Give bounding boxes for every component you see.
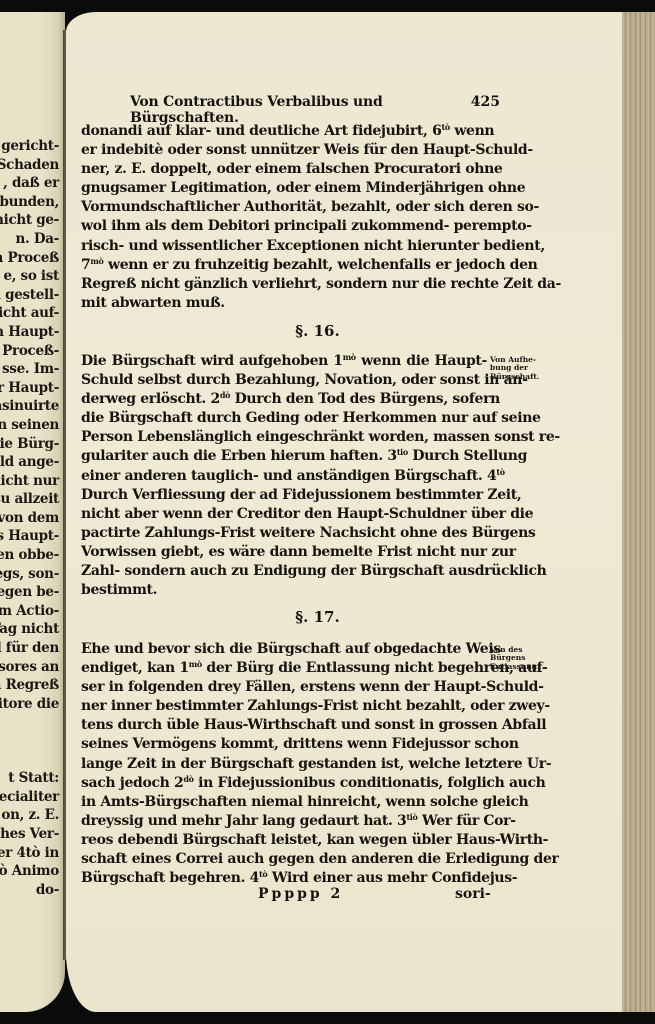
left-page-line: in seinen: [0, 416, 59, 435]
left-page-line: n. Da-: [0, 230, 59, 249]
text-line: ner inner bestimmter Zahlungs-Frist nich…: [81, 697, 487, 716]
left-page-line: wegen be-: [0, 583, 59, 602]
text-line: derweg erlöscht. 2dò Durch den Tod des B…: [81, 390, 487, 409]
text-line: Ehe und bevor sich die Bürgschaft auf ob…: [81, 640, 487, 659]
left-page-line: , daß er: [0, 174, 59, 193]
left-page-line: regs, son-: [0, 565, 59, 584]
left-page-line: sse. Im-: [0, 360, 59, 379]
text-line: Vormundschaftlicher Authorität, bezahlt,…: [81, 198, 487, 217]
text-line: mit abwarten muß.: [81, 294, 487, 313]
text-line: Zahl- sondern auch zu Endigung der Bürgs…: [81, 562, 487, 581]
left-page-line: r Haupt-: [0, 379, 59, 398]
left-page-line: Specialiter: [0, 788, 59, 807]
left-page-line: insinuirte: [0, 397, 59, 416]
book-scan: uf gericht-Schaden, daß errbunden,nicht …: [0, 0, 655, 1024]
text-line: schaft eines Correi auch gegen den ander…: [81, 850, 487, 869]
text-line: einer anderen tauglich- und anständigen …: [81, 467, 487, 486]
left-page-line: egen obbe-: [0, 546, 59, 565]
left-page-line: von dem: [0, 509, 59, 528]
text-line: Person Lebenslänglich eingeschränkt word…: [81, 428, 487, 447]
left-page-line: die Bürg-: [0, 435, 59, 454]
text-line: 7mò wenn er zu fruhzeitig bezahlt, welch…: [81, 256, 487, 275]
text-line: Die Bürgschaft wird aufgehoben 1mò wenn …: [81, 352, 487, 371]
left-page-line: ditore die: [0, 695, 59, 714]
left-page-line: rbunden,: [0, 193, 59, 212]
left-page-line: [0, 713, 59, 732]
catchword: sori-: [455, 886, 491, 902]
text-line: Vorwissen giebt, es wäre dann bemelte Fr…: [81, 543, 487, 562]
text-line: er indebitè oder sonst unnützer Weis für…: [81, 141, 487, 160]
text-line: endiget, kan 1mò der Bürg die Entlassung…: [81, 659, 487, 678]
left-page-line: tò Animo: [0, 862, 59, 881]
left-page: uf gericht-Schaden, daß errbunden,nicht …: [0, 12, 65, 1012]
text-line: wol ihm als dem Debitori principali zuko…: [81, 217, 487, 236]
text-line: sach jedoch 2dò in Fidejussionibus condi…: [81, 774, 487, 793]
page-edges: [622, 12, 655, 1012]
text-line: risch- und wissentlicher Exceptionen nic…: [81, 237, 487, 256]
margin-note-line: Entlassung.: [490, 663, 550, 671]
section-16-body: Die Bürgschaft wird aufgehoben 1mò wenn …: [81, 352, 487, 600]
left-page-line: n Regreß: [0, 676, 59, 695]
text-line: ner, z. E. doppelt, oder einem falschen …: [81, 160, 487, 179]
left-page-line: der 4tò in: [0, 844, 59, 863]
text-line: gnugsamer Legitimation, oder einem Minde…: [81, 179, 487, 198]
paragraph-intro: donandi auf klar- und deutliche Art fide…: [81, 122, 487, 313]
section-heading-17: §. 17.: [0, 608, 645, 626]
text-line: Durch Verfliessung der ad Fidejussionem …: [81, 486, 487, 505]
text-line: ser in folgenden drey Fällen, erstens we…: [81, 678, 487, 697]
left-page-line: Schaden: [0, 156, 59, 175]
left-page-line: huld ange-: [0, 453, 59, 472]
margin-note-16: Von Aufhe-bung derBürgschaft.: [490, 356, 550, 381]
text-line: lange Zeit in der Bürgschaft gestanden i…: [81, 755, 487, 774]
left-page-line: e, so ist: [0, 267, 59, 286]
text-line: donandi auf klar- und deutliche Art fide…: [81, 122, 487, 141]
signature-mark: Ppppp 2: [258, 886, 343, 902]
text-line: reos debendi Bürgschaft leistet, kan weg…: [81, 831, 487, 850]
section-heading-16: §. 16.: [0, 322, 645, 340]
left-page-line: iches Ver-: [0, 825, 59, 844]
left-page-line: ol für den: [0, 639, 59, 658]
left-page-line: rsu allzeit: [0, 490, 59, 509]
left-page-line: nicht nur: [0, 472, 59, 491]
section-17-body: Ehe und bevor sich die Bürgschaft auf ob…: [81, 640, 487, 888]
margin-note-17: Von desBürgensEntlassung.: [490, 646, 550, 671]
margin-note-line: Bürgschaft.: [490, 373, 550, 381]
text-line: gulariter auch die Erben hierum haften. …: [81, 447, 487, 466]
left-page-line: do-: [0, 881, 59, 900]
left-page-line: [0, 732, 59, 751]
left-page-line: n Proceß-: [0, 342, 59, 361]
text-line: tens durch üble Haus-Wirthschaft und son…: [81, 716, 487, 735]
left-page-line: nicht ge-: [0, 211, 59, 230]
page-number: 425: [471, 94, 500, 110]
left-page-line: on, z. E.: [0, 806, 59, 825]
left-page-line: uf gericht-: [0, 137, 59, 156]
left-page-text: uf gericht-Schaden, daß errbunden,nicht …: [0, 137, 59, 899]
text-line: Schuld selbst durch Bezahlung, Novation,…: [81, 371, 487, 390]
left-page-line: on gestell-: [0, 286, 59, 305]
left-page-line: [0, 751, 59, 770]
left-page-line: t Statt:: [0, 769, 59, 788]
text-line: die Bürgschaft durch Geding oder Herkomm…: [81, 409, 487, 428]
text-line: pactirte Zahlungs-Frist weitere Nachsich…: [81, 524, 487, 543]
left-page-line: n Proceß: [0, 249, 59, 268]
left-page-line: nicht auf-: [0, 304, 59, 323]
text-line: Regreß nicht gänzlich verliehrt, sondern…: [81, 275, 487, 294]
text-line: seines Vermögens kommt, drittens wenn Fi…: [81, 735, 487, 754]
text-line: bestimmt.: [81, 581, 487, 600]
left-page-line: ussores an: [0, 658, 59, 677]
text-line: in Amts-Bürgschaften niemal hinreicht, w…: [81, 793, 487, 812]
text-line: nicht aber wenn der Creditor den Haupt-S…: [81, 505, 487, 524]
text-line: dreyssig und mehr Jahr lang gedaurt hat.…: [81, 812, 487, 831]
left-page-line: es Haupt-: [0, 527, 59, 546]
